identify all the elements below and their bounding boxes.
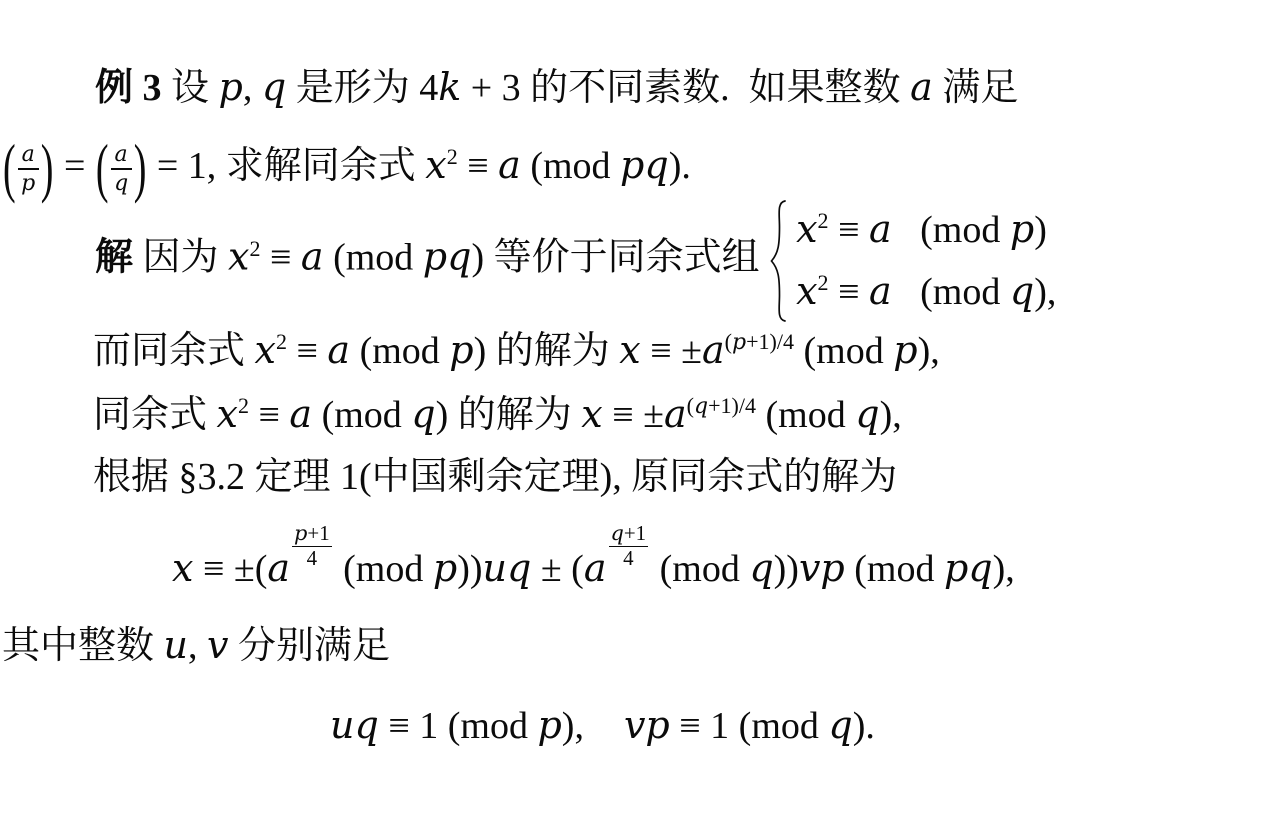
text-run: ≡ — [829, 209, 869, 251]
text-run: ). — [853, 705, 875, 747]
text-run: 2 — [818, 208, 829, 233]
text-run: (mod — [521, 145, 620, 187]
text-run: )) — [774, 548, 799, 590]
text-run: ≡ ± — [603, 394, 664, 436]
fraction-denominator: 4 — [292, 547, 332, 570]
bold-label: 例 3 — [95, 67, 162, 109]
math-variable: q — [1010, 269, 1034, 313]
fraction-numerator: q+1 — [609, 523, 649, 547]
text-run: ( — [725, 329, 732, 354]
solution-line-uv: 其中整数 u, v 分别满足 — [2, 622, 390, 671]
system-row: x2 ≡ a (mod q), — [796, 268, 1056, 317]
text-run: ), — [880, 394, 902, 436]
text-run: +1)/4 — [746, 329, 794, 354]
text-run: ≡ — [287, 330, 327, 372]
text-run: ), — [918, 330, 940, 372]
math-variable: vp — [624, 703, 670, 747]
text-run: + 3 的不同素数. 如果整数 — [461, 67, 910, 109]
text-run: ) 等价于同余式组 — [471, 237, 769, 279]
math-variable: pq — [423, 235, 472, 279]
text-run: (mod — [350, 330, 449, 372]
math-variable: x — [796, 269, 817, 313]
text-run: (mod — [892, 209, 1010, 251]
math-variable: x — [255, 328, 276, 372]
example-statement-line-1: 例 3 设 p, q 是形为 4k + 3 的不同素数. 如果整数 a 满足 — [95, 64, 1018, 113]
solution-line-crt: 根据 §3.2 定理 1(中国剩余定理), 原同余式的解为 — [93, 454, 897, 502]
text-run: ), — [1034, 271, 1056, 313]
math-variable: a — [22, 142, 35, 167]
text-run: ) 的解为 — [474, 330, 620, 372]
math-variable: a — [702, 328, 725, 372]
math-variable: x — [217, 392, 238, 436]
math-variable: q — [749, 546, 773, 590]
math-variable: a — [869, 207, 892, 251]
math-variable: p — [433, 546, 457, 590]
math-variable: q — [114, 171, 128, 196]
solution-line-mod-p: 而同余式 x2 ≡ a (mod p) 的解为 x ≡ ±a(p+1)/4 (m… — [93, 327, 940, 376]
text-run: (mod — [892, 271, 1010, 313]
math-variable: x — [172, 546, 193, 590]
system-rows: x2 ≡ a (mod p)x2 ≡ a (mod q), — [796, 206, 1056, 317]
text-run: (mod — [794, 330, 893, 372]
superscript: 2 — [276, 331, 287, 353]
math-variable: x — [228, 235, 249, 279]
text-run: ). — [669, 145, 691, 187]
text-run: 4 — [307, 546, 317, 570]
text-run: = 1, 求解同余式 — [147, 145, 425, 187]
superscript: (q+1)/4 — [687, 395, 756, 418]
math-variable: p — [732, 330, 746, 355]
math-variable: uq — [330, 703, 379, 747]
math-variable: k — [438, 65, 461, 109]
math-variable: q — [855, 392, 879, 436]
math-variable: a — [498, 143, 521, 187]
text-run: 根据 §3.2 定理 1(中国剩余定理), 原同余式的解为 — [93, 456, 897, 498]
text-run: (mod — [845, 548, 944, 590]
math-variable: q — [262, 65, 286, 109]
text-run: ± ( — [531, 548, 584, 590]
text-run: ≡ — [829, 271, 869, 313]
text-run: 4 — [419, 67, 438, 109]
math-variable: a — [267, 546, 290, 590]
text-run: ≡ ±( — [193, 548, 267, 590]
math-variable: q — [611, 521, 624, 545]
text-run: (mod — [334, 548, 433, 590]
text-run: (mod — [756, 394, 855, 436]
example-statement-line-2: (ap) = (aq) = 1, 求解同余式 x2 ≡ a (mod pq). — [2, 142, 691, 196]
text-run: 4 — [623, 546, 633, 570]
text-run: 同余式 — [93, 394, 217, 436]
math-variable: p — [537, 703, 561, 747]
math-variable: p — [294, 521, 307, 545]
superscript: 2 — [447, 146, 458, 168]
math-variable: a — [584, 546, 607, 590]
math-variable: x — [425, 143, 446, 187]
text-run: 2 — [447, 144, 458, 169]
math-variable: a — [301, 235, 324, 279]
fraction-denominator: q — [111, 170, 132, 196]
text-run: ≡ 1 (mod — [670, 705, 829, 747]
display-equation-solution: x ≡ ±(ap+14 (mod p))uq ± (aq+14 (mod q))… — [172, 539, 1015, 593]
text-run: , — [243, 67, 262, 109]
text-run: (mod — [312, 394, 411, 436]
math-variable: p — [893, 328, 917, 372]
big-paren: ) — [40, 137, 55, 202]
superscript: 2 — [238, 395, 249, 417]
exponent-fraction: q+14 — [609, 523, 649, 570]
math-variable: vp — [799, 546, 845, 590]
math-variable: a — [115, 142, 128, 167]
text-run: ), — [562, 705, 584, 747]
math-variable: a — [327, 328, 350, 372]
text-run: 因为 — [133, 237, 228, 279]
math-variable: a — [910, 65, 933, 109]
text-run: ), — [993, 548, 1015, 590]
text-run: )) — [457, 548, 482, 590]
math-variable: a — [869, 269, 892, 313]
text-run: 2 — [238, 393, 249, 418]
solution-line-cases: 解 因为 x2 ≡ a (mod pq) 等价于同余式组 x2 ≡ a (mod… — [95, 199, 1056, 323]
math-variable: x — [796, 207, 817, 251]
big-paren: ) — [133, 137, 148, 202]
text-run: 分别满足 — [228, 625, 390, 667]
text-run: 2 — [276, 329, 287, 354]
fraction: aq — [111, 142, 132, 196]
text-run: 是形为 — [286, 67, 419, 109]
text-run: ≡ — [458, 145, 498, 187]
superscript: 2 — [818, 272, 829, 294]
math-variable: v — [207, 623, 228, 667]
text-run: , — [188, 625, 207, 667]
text-run: 而同余式 — [93, 330, 255, 372]
big-paren: ( — [2, 137, 17, 202]
superscript: 2 — [818, 210, 829, 232]
text-run: (mod — [650, 548, 749, 590]
text-run: +1)/4 — [708, 393, 756, 418]
math-variable: pq — [620, 143, 669, 187]
text-run: +1 — [307, 521, 329, 545]
math-variable: p — [449, 328, 473, 372]
display-equation-uv: uq ≡ 1 (mod p),vp ≡ 1 (mod q). — [330, 702, 875, 751]
superscript: (p+1)/4 — [725, 331, 794, 354]
math-variable: p — [219, 65, 243, 109]
text-run: ≡ — [249, 394, 289, 436]
congruence-system: x2 ≡ a (mod p)x2 ≡ a (mod q), — [769, 199, 1056, 323]
fraction-numerator: a — [111, 142, 132, 170]
math-variable: x — [619, 328, 640, 372]
math-variable: q — [694, 394, 708, 419]
text-run: ) — [1034, 209, 1047, 251]
text-run: ≡ ± — [641, 330, 702, 372]
bold-label: 解 — [95, 237, 133, 279]
math-variable: p — [1010, 207, 1034, 251]
fraction-denominator: 4 — [609, 547, 649, 570]
fraction-numerator: a — [18, 142, 39, 170]
math-variable: pq — [944, 546, 993, 590]
math-variable: uq — [483, 546, 532, 590]
text-run: 满足 — [933, 67, 1019, 109]
math-variable: p — [21, 171, 35, 196]
math-variable: a — [289, 392, 312, 436]
text-run: 2 — [249, 236, 260, 261]
text-run: 其中整数 — [2, 625, 164, 667]
left-brace-icon — [769, 199, 787, 323]
math-variable: q — [828, 703, 852, 747]
text-run: ) 的解为 — [436, 394, 582, 436]
superscript: 2 — [249, 238, 260, 260]
document-page: 例 3 设 p, q 是形为 4k + 3 的不同素数. 如果整数 a 满足 (… — [0, 0, 1280, 828]
exponent-fraction: p+14 — [292, 523, 332, 570]
text-run: = — [54, 145, 94, 187]
math-variable: q — [411, 392, 435, 436]
solution-line-mod-q: 同余式 x2 ≡ a (mod q) 的解为 x ≡ ±a(q+1)/4 (mo… — [93, 391, 902, 440]
text-run: ≡ — [260, 237, 300, 279]
big-paren: ( — [95, 137, 110, 202]
text-run: (mod — [324, 237, 423, 279]
text-run: ≡ 1 (mod — [379, 705, 538, 747]
text-run: 设 — [162, 67, 219, 109]
math-variable: u — [164, 623, 188, 667]
fraction: ap — [18, 142, 39, 196]
math-variable: x — [581, 392, 602, 436]
math-variable: a — [664, 392, 687, 436]
text-run: ( — [687, 393, 694, 418]
text-run: +1 — [624, 521, 646, 545]
system-row: x2 ≡ a (mod p) — [796, 206, 1056, 255]
fraction-numerator: p+1 — [292, 523, 332, 547]
text-run: 2 — [818, 270, 829, 295]
fraction-denominator: p — [18, 170, 39, 196]
